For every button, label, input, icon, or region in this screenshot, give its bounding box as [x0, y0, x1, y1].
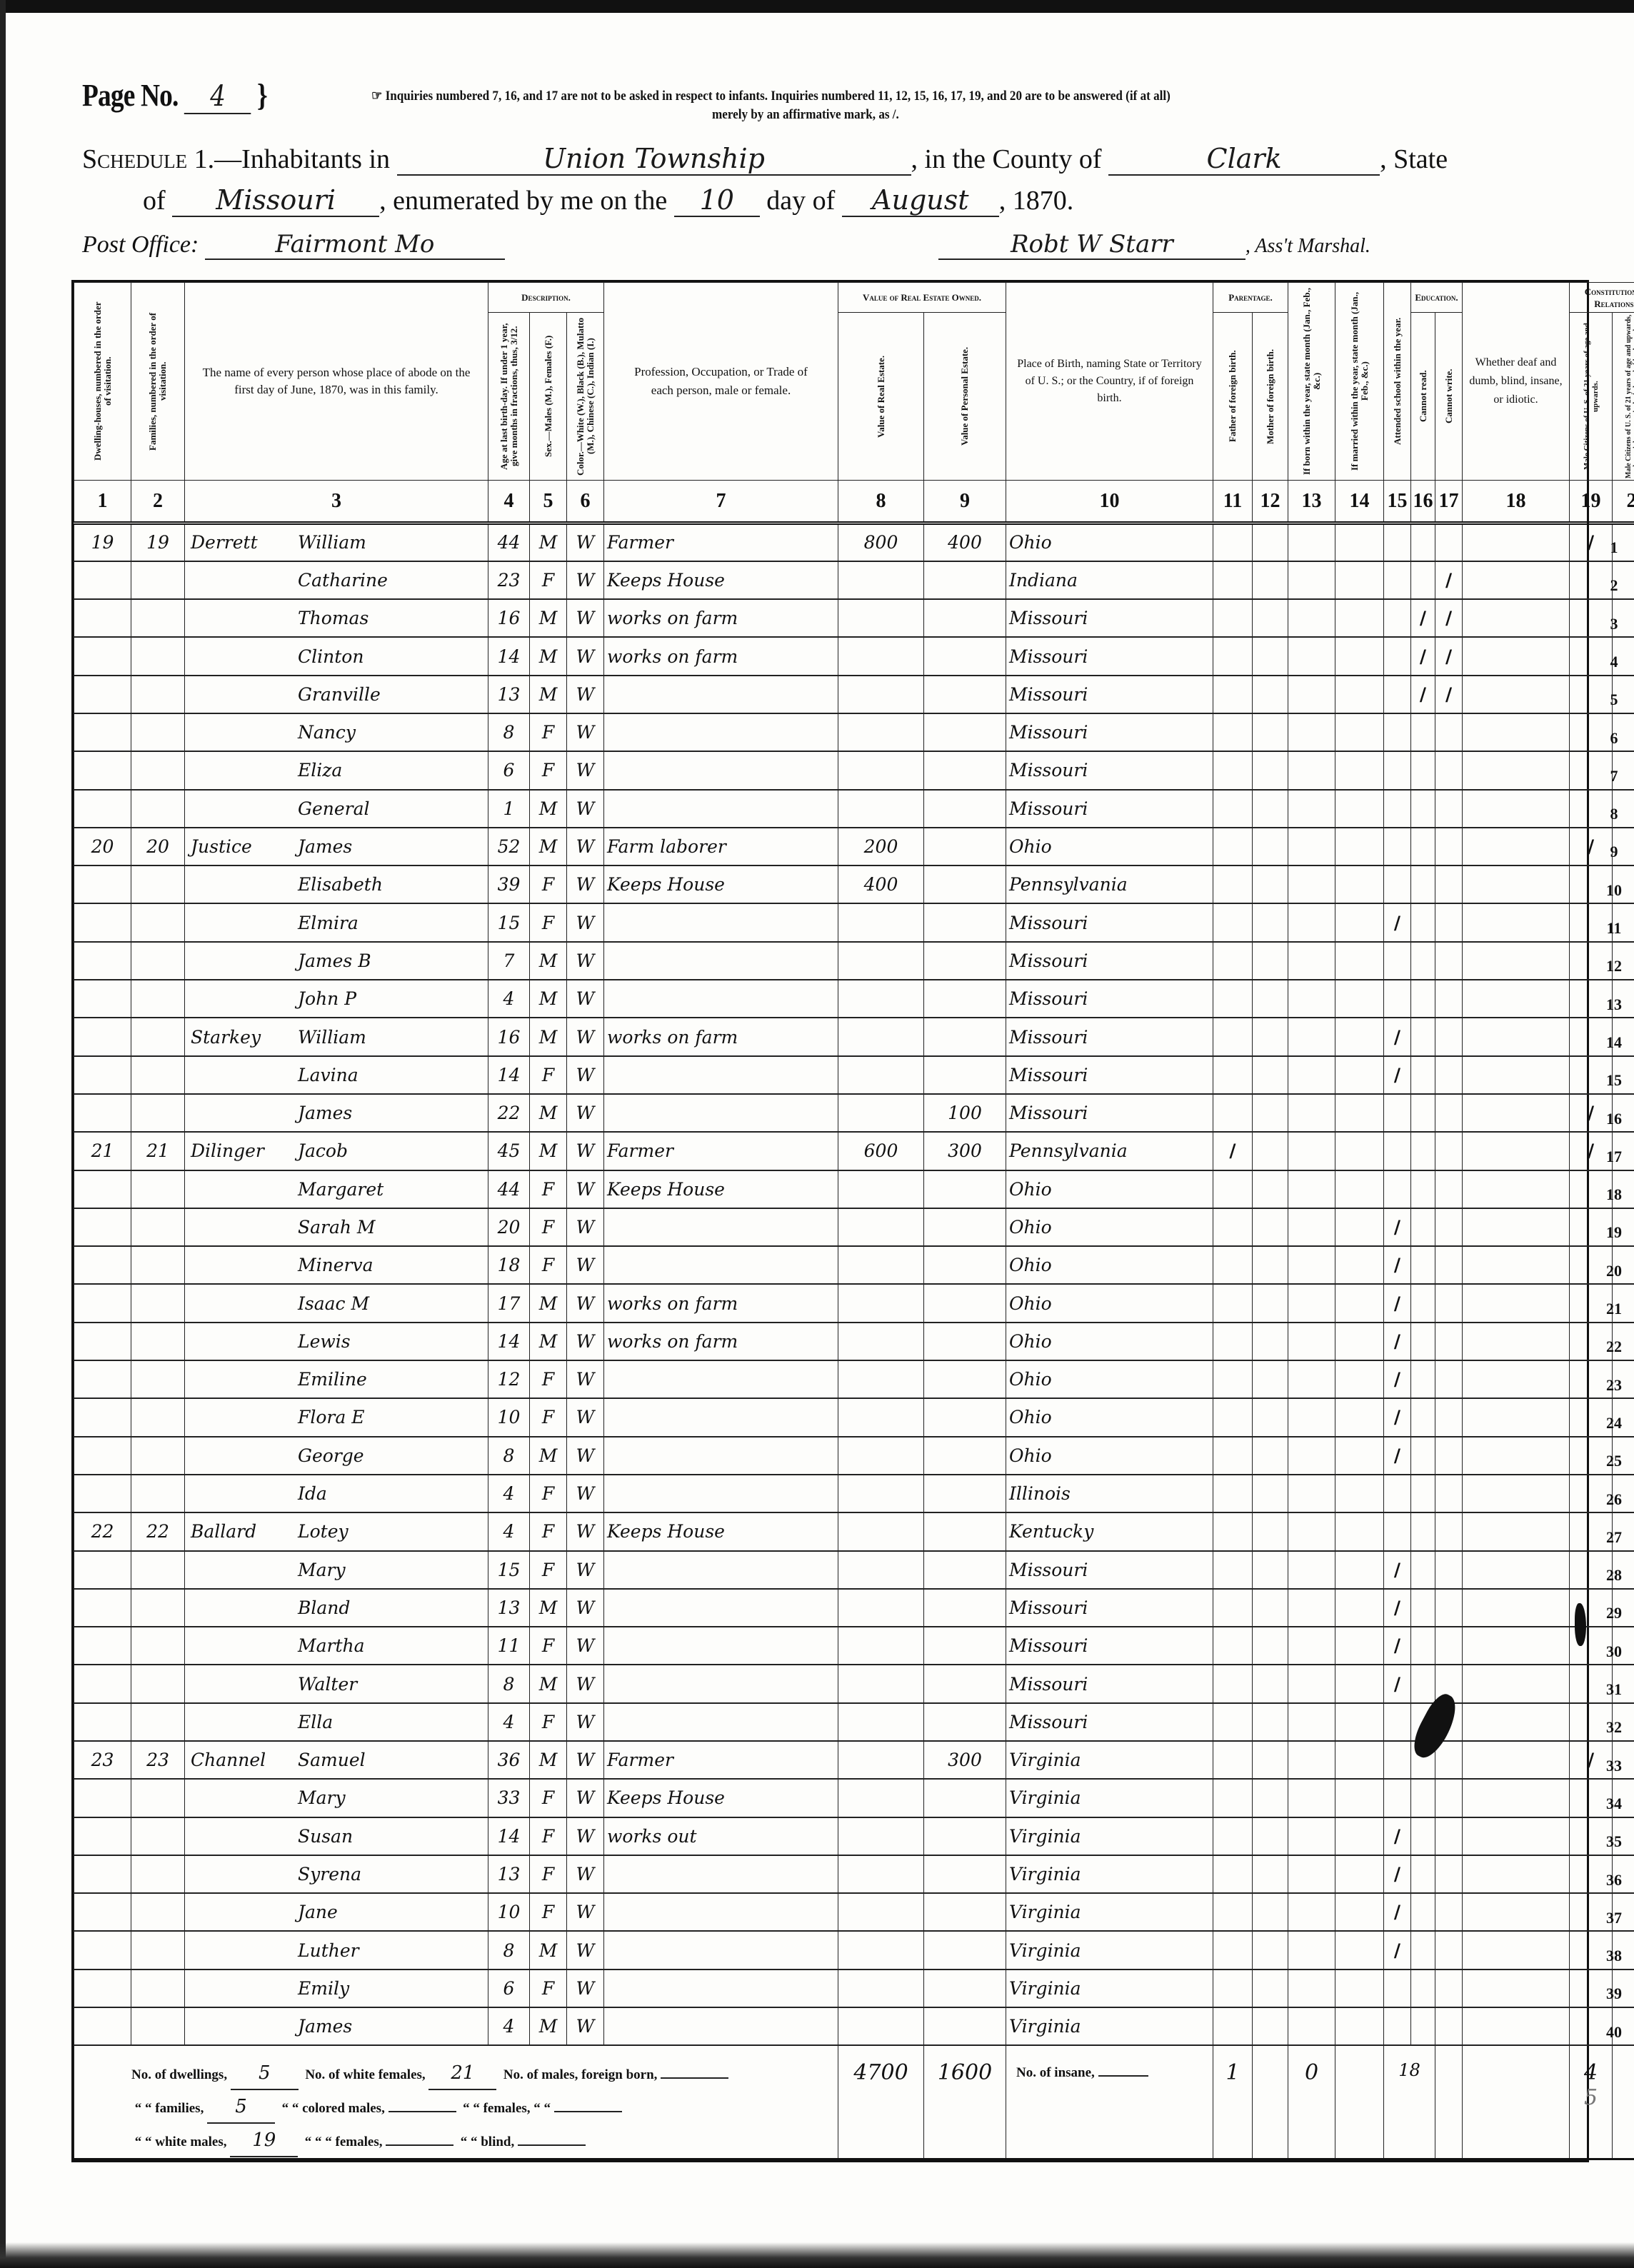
dwelling-number-cell [74, 676, 131, 713]
table-row: George8MWOhio/ [74, 1437, 1634, 1475]
married-within-year-cell [1335, 1284, 1384, 1322]
age-cell: 8 [488, 1437, 530, 1475]
deaf-blind-cell [1463, 1170, 1570, 1208]
color-cell: W [567, 942, 604, 980]
born-within-year-cell [1288, 1398, 1335, 1436]
real-estate-value-cell [838, 980, 924, 1018]
notice-line-1: Inquiries numbered 7, 16, and 17 are not… [386, 89, 1171, 104]
deaf-blind-cell [1463, 1094, 1570, 1132]
table-row: Elisabeth39FWKeeps House400Pennsylvania [74, 865, 1634, 903]
cannot-write-mark-cell [1435, 1475, 1463, 1512]
dwelling-number-cell [74, 1855, 131, 1893]
mother-foreign-mark-cell [1253, 1094, 1288, 1132]
born-within-year-cell [1288, 865, 1335, 903]
col-header-father-foreign: Father of foreign birth. [1213, 313, 1253, 481]
township-field: Union Township [397, 143, 911, 176]
sex-cell: F [530, 561, 567, 599]
family-number-cell [131, 1627, 185, 1665]
col-header-sex: Sex.—Males (M.), Females (F.) [530, 313, 567, 481]
foreign-females-label: “ “ females, “ “ [463, 2101, 551, 2116]
cannot-write-mark-cell [1435, 1208, 1463, 1246]
cannot-read-mark-cell [1411, 1284, 1435, 1322]
real-estate-value-cell: 400 [838, 865, 924, 903]
person-name-cell: Minerva [185, 1246, 488, 1284]
real-estate-value-cell [838, 751, 924, 789]
family-number-cell [131, 1437, 185, 1475]
mother-foreign-mark-cell [1253, 828, 1288, 865]
deaf-blind-cell [1463, 865, 1570, 903]
deaf-blind-cell [1463, 1970, 1570, 2007]
real-estate-value-cell [838, 637, 924, 675]
table-row: Clinton14MWworks on farmMissouri// [74, 637, 1634, 675]
sex-cell: F [530, 903, 567, 941]
cannot-write-mark-cell: / [1435, 561, 1463, 599]
sex-cell: F [530, 1475, 567, 1512]
dwelling-number-cell [74, 865, 131, 903]
colored-males-label: “ “ colored males, [282, 2101, 385, 2116]
sex-cell: F [530, 1056, 567, 1094]
cannot-read-mark-cell [1411, 1323, 1435, 1360]
cannot-write-mark-cell: / [1435, 676, 1463, 713]
person-name-cell: DilingerJacob [185, 1132, 488, 1170]
father-foreign-mark-cell [1213, 942, 1253, 980]
age-cell: 15 [488, 1551, 530, 1589]
age-cell: 15 [488, 903, 530, 941]
col-header-born-within-year: If born within the year, state month (Ja… [1288, 283, 1335, 481]
occupation-cell: Farmer [604, 523, 838, 561]
father-foreign-mark-cell [1213, 1094, 1253, 1132]
mother-foreign-mark-cell [1253, 1360, 1288, 1398]
given-name: Catharine [298, 570, 388, 591]
insane-count [1098, 2075, 1148, 2077]
col-header-color: Color.—White (W.), Black (B.), Mulatto (… [567, 313, 604, 481]
birthplace-cell: Ohio [1006, 1246, 1213, 1284]
age-cell: 16 [488, 599, 530, 637]
birthplace-cell: Missouri [1006, 599, 1213, 637]
dwelling-number-cell [74, 1170, 131, 1208]
mother-foreign-mark-cell [1253, 2007, 1288, 2045]
deaf-blind-cell [1463, 1437, 1570, 1475]
real-estate-value-cell [838, 1703, 924, 1741]
deaf-blind-cell [1463, 903, 1570, 941]
cannot-write-mark-cell [1435, 828, 1463, 865]
given-name: Jane [298, 1902, 338, 1922]
personal-estate-value-cell [924, 2007, 1006, 2045]
color-cell: W [567, 1246, 604, 1284]
sex-cell: F [530, 1817, 567, 1855]
born-within-year-cell [1288, 523, 1335, 561]
birthplace-cell: Virginia [1006, 1893, 1213, 1931]
person-name-cell: George [185, 1437, 488, 1475]
dwelling-number-cell [74, 942, 131, 980]
born-within-year-cell [1288, 1323, 1335, 1360]
attended-school-mark-cell: / [1384, 1817, 1411, 1855]
given-name: Emily [298, 1978, 349, 1999]
given-name: Eliza [298, 760, 342, 781]
real-estate-value-cell [838, 1398, 924, 1436]
table-row: James B7MWMissouri [74, 942, 1634, 980]
occupation-cell [604, 1208, 838, 1246]
sex-cell: M [530, 942, 567, 980]
born-within-year-cell [1288, 1589, 1335, 1627]
table-row: Susan14FWworks outVirginia/ [74, 1817, 1634, 1855]
birthplace-cell: Ohio [1006, 523, 1213, 561]
dwelling-number-cell [74, 1246, 131, 1284]
column-number: 9 [924, 481, 1006, 523]
white-females-label: No. of white females, [305, 2067, 425, 2082]
sex-cell: F [530, 1246, 567, 1284]
given-name: Isaac M [298, 1293, 369, 1314]
born-within-year-cell [1288, 1094, 1335, 1132]
mother-foreign-mark-cell [1253, 1323, 1288, 1360]
deaf-blind-cell [1463, 1627, 1570, 1665]
surname: Ballard [191, 1521, 298, 1542]
age-cell: 17 [488, 1284, 530, 1322]
married-within-year-cell [1335, 1970, 1384, 2007]
birthplace-cell: Missouri [1006, 903, 1213, 941]
real-estate-value-cell [838, 1665, 924, 1702]
attended-school-mark-cell: / [1384, 1931, 1411, 1969]
cannot-write-mark-cell [1435, 1094, 1463, 1132]
personal-estate-value-cell [924, 1931, 1006, 1969]
col-header-dwelling: Dwelling-houses, numbered in the order o… [74, 283, 131, 481]
sex-cell: M [530, 2007, 567, 2045]
born-within-year-cell [1288, 1437, 1335, 1475]
given-name: Syrena [298, 1864, 361, 1885]
occupation-cell: Farm laborer [604, 828, 838, 865]
given-name: Lewis [298, 1331, 351, 1352]
line-number: 14 [1600, 1033, 1628, 1052]
birthplace-cell: Missouri [1006, 1094, 1213, 1132]
dwelling-number-cell [74, 1817, 131, 1855]
mother-foreign-mark-cell [1253, 1551, 1288, 1589]
deaf-blind-cell [1463, 1132, 1570, 1170]
line-number: 27 [1600, 1528, 1628, 1547]
col-header-age: Age at last birth-day. If under 1 year, … [488, 313, 530, 481]
real-estate-value-cell: 600 [838, 1132, 924, 1170]
line-number: 4 [1600, 653, 1628, 671]
born-within-year-cell [1288, 1855, 1335, 1893]
birthplace-cell: Ohio [1006, 1323, 1213, 1360]
post-office-line: Post Office: Fairmont Mo Robt W Starr, A… [82, 230, 1618, 260]
born-within-year-cell [1288, 1208, 1335, 1246]
person-name-cell: Nancy [185, 713, 488, 751]
occupation-cell [604, 790, 838, 828]
married-within-year-cell [1335, 599, 1384, 637]
table-row: 2020JusticeJames52MWFarm laborer200Ohio/ [74, 828, 1634, 865]
cannot-read-mark-cell [1411, 1551, 1435, 1589]
married-within-year-cell [1335, 561, 1384, 599]
born-within-year-cell [1288, 1551, 1335, 1589]
cannot-read-mark-cell: / [1411, 637, 1435, 675]
personal-estate-value-cell [924, 1208, 1006, 1246]
day-field: 10 [674, 184, 760, 217]
mother-foreign-mark-cell [1253, 1246, 1288, 1284]
enumerated-label: , enumerated by me on the [379, 186, 667, 216]
white-males-count: 19 [230, 2124, 298, 2157]
birthplace-cell: Pennsylvania [1006, 865, 1213, 903]
real-estate-value-cell [838, 676, 924, 713]
born-within-year-cell [1288, 1132, 1335, 1170]
total-mother-foreign [1253, 2045, 1288, 2159]
married-within-year-cell [1335, 1893, 1384, 1931]
given-name: William [298, 532, 366, 553]
attended-school-mark-cell [1384, 1132, 1411, 1170]
father-foreign-mark-cell [1213, 1817, 1253, 1855]
color-cell: W [567, 1779, 604, 1817]
family-number-cell [131, 676, 185, 713]
attended-school-mark-cell: / [1384, 1246, 1411, 1284]
married-within-year-cell [1335, 1208, 1384, 1246]
age-cell: 14 [488, 1056, 530, 1094]
father-foreign-mark-cell [1213, 1779, 1253, 1817]
cannot-read-mark-cell [1411, 1094, 1435, 1132]
cannot-write-mark-cell [1435, 1512, 1463, 1550]
attended-school-mark-cell [1384, 942, 1411, 980]
cannot-read-mark-cell [1411, 1779, 1435, 1817]
mother-foreign-mark-cell [1253, 942, 1288, 980]
dwelling-number-cell [74, 1703, 131, 1741]
given-name: Elisabeth [298, 874, 383, 895]
father-foreign-mark-cell [1213, 1323, 1253, 1360]
column-number: 19 [1570, 481, 1613, 523]
personal-estate-value-cell [924, 1551, 1006, 1589]
surname: Channel [191, 1750, 298, 1770]
cannot-read-mark-cell [1411, 2007, 1435, 2045]
occupation-cell [604, 1589, 838, 1627]
column-number: 1 [74, 481, 131, 523]
family-number-cell [131, 561, 185, 599]
cannot-read-mark-cell [1411, 751, 1435, 789]
mother-foreign-mark-cell [1253, 676, 1288, 713]
col-header-family: Families, numbered in the order of visit… [131, 283, 185, 481]
line-number: 40 [1600, 2023, 1628, 2042]
born-within-year-cell [1288, 1284, 1335, 1322]
real-estate-value-cell [838, 1475, 924, 1512]
occupation-cell [604, 751, 838, 789]
mother-foreign-mark-cell [1253, 1132, 1288, 1170]
occupation-cell [604, 1475, 838, 1512]
sex-cell: M [530, 637, 567, 675]
table-row: James4MWVirginia [74, 2007, 1634, 2045]
color-cell: W [567, 828, 604, 865]
sex-cell: F [530, 1703, 567, 1741]
mother-foreign-mark-cell [1253, 637, 1288, 675]
color-cell: W [567, 523, 604, 561]
column-number: 17 [1435, 481, 1463, 523]
surname: Dilinger [191, 1140, 298, 1161]
age-cell: 39 [488, 865, 530, 903]
marshal-signature: Robt W Starr [938, 230, 1245, 260]
given-name: Bland [298, 1597, 350, 1618]
person-name-cell: Emiline [185, 1360, 488, 1398]
line-number: 19 [1600, 1223, 1628, 1242]
married-within-year-cell [1335, 1323, 1384, 1360]
blind-count [518, 2144, 586, 2146]
occupation-cell [604, 676, 838, 713]
age-cell: 23 [488, 561, 530, 599]
enumeration-line: of Missouri, enumerated by me on the 10 … [143, 184, 1571, 217]
personal-estate-value-cell [924, 1284, 1006, 1322]
mother-foreign-mark-cell [1253, 1437, 1288, 1475]
occupation-cell [604, 1094, 838, 1132]
dwelling-number-cell [74, 599, 131, 637]
birthplace-cell: Ohio [1006, 1360, 1213, 1398]
born-within-year-cell [1288, 1512, 1335, 1550]
father-foreign-mark-cell [1213, 1855, 1253, 1893]
total-vote-denied [1613, 2045, 1634, 2159]
line-number: 33 [1600, 1757, 1628, 1775]
color-cell: W [567, 1551, 604, 1589]
real-estate-value-cell [838, 599, 924, 637]
real-estate-value-cell [838, 1589, 924, 1627]
table-row: Bland13MWMissouri/ [74, 1589, 1634, 1627]
surname: Starkey [191, 1027, 298, 1048]
line-number: 37 [1600, 1909, 1628, 1927]
birthplace-cell: Missouri [1006, 1703, 1213, 1741]
col-header-married-within-year: If married within the year, state month … [1335, 283, 1384, 481]
family-number-cell: 20 [131, 828, 185, 865]
cannot-read-mark-cell [1411, 1132, 1435, 1170]
deaf-blind-cell [1463, 523, 1570, 561]
age-cell: 4 [488, 1703, 530, 1741]
summary-row: No. of dwellings, 5 No. of white females… [74, 2045, 1634, 2159]
family-number-cell [131, 1208, 185, 1246]
birthplace-cell: Ohio [1006, 1284, 1213, 1322]
personal-estate-value-cell [924, 942, 1006, 980]
real-estate-value-cell [838, 903, 924, 941]
family-number-cell [131, 942, 185, 980]
person-name-cell: Susan [185, 1817, 488, 1855]
person-name-cell: Ella [185, 1703, 488, 1741]
cannot-write-mark-cell [1435, 1627, 1463, 1665]
cannot-read-mark-cell [1411, 1970, 1435, 2007]
married-within-year-cell [1335, 790, 1384, 828]
cannot-write-mark-cell [1435, 1855, 1463, 1893]
father-foreign-mark-cell [1213, 2007, 1253, 2045]
marshal-label: , Ass't Marshal. [1245, 235, 1370, 257]
married-within-year-cell [1335, 1931, 1384, 1969]
mother-foreign-mark-cell [1253, 1512, 1288, 1550]
father-foreign-mark-cell [1213, 1170, 1253, 1208]
total-born-within-year: 0 [1288, 2045, 1335, 2159]
cannot-read-mark-cell [1411, 713, 1435, 751]
birthplace-cell: Virginia [1006, 1779, 1213, 1817]
father-foreign-mark-cell [1213, 865, 1253, 903]
total-male-citizens: 4 5 [1570, 2045, 1613, 2159]
deaf-blind-cell [1463, 2007, 1570, 2045]
married-within-year-cell [1335, 903, 1384, 941]
dwelling-number-cell [74, 751, 131, 789]
real-estate-value-cell [838, 713, 924, 751]
mother-foreign-mark-cell [1253, 903, 1288, 941]
born-within-year-cell [1288, 1817, 1335, 1855]
col-header-personal-estate: Value of Personal Estate. [924, 313, 1006, 481]
white-males-label: “ “ white males, [135, 2134, 227, 2149]
father-foreign-mark-cell [1213, 980, 1253, 1018]
col-header-deaf-blind: Whether deaf and dumb, blind, insane, or… [1463, 283, 1570, 481]
family-number-cell [131, 1893, 185, 1931]
attended-school-mark-cell [1384, 790, 1411, 828]
married-within-year-cell [1335, 1360, 1384, 1398]
color-cell: W [567, 1855, 604, 1893]
total-married-within-year [1335, 2045, 1384, 2159]
personal-estate-value-cell [924, 1246, 1006, 1284]
father-foreign-mark-cell [1213, 1970, 1253, 2007]
foreign-males-label: No. of males, foreign born, [503, 2067, 658, 2082]
attended-school-mark-cell [1384, 865, 1411, 903]
personal-estate-value-cell [924, 1475, 1006, 1512]
person-name-cell: Syrena [185, 1855, 488, 1893]
dwelling-number-cell [74, 1018, 131, 1055]
table-row: Emiline12FWOhio/ [74, 1360, 1634, 1398]
age-cell: 20 [488, 1208, 530, 1246]
line-number: 13 [1600, 995, 1628, 1014]
personal-estate-value-cell [924, 637, 1006, 675]
line-number: 23 [1600, 1376, 1628, 1395]
color-cell: W [567, 751, 604, 789]
sex-cell: M [530, 980, 567, 1018]
attended-school-mark-cell [1384, 1170, 1411, 1208]
attended-school-mark-cell: / [1384, 1018, 1411, 1055]
father-foreign-mark-cell [1213, 676, 1253, 713]
color-cell: W [567, 1627, 604, 1665]
mother-foreign-mark-cell [1253, 1284, 1288, 1322]
cannot-write-mark-cell [1435, 1893, 1463, 1931]
father-foreign-mark-cell [1213, 1475, 1253, 1512]
blind-label: “ “ blind, [461, 2134, 515, 2149]
real-estate-value-cell [838, 1056, 924, 1094]
dwelling-number-cell [74, 713, 131, 751]
birthplace-cell: Missouri [1006, 942, 1213, 980]
deaf-blind-cell [1463, 1246, 1570, 1284]
occupation-cell [604, 1970, 838, 2007]
married-within-year-cell [1335, 713, 1384, 751]
person-name-cell: Elisabeth [185, 865, 488, 903]
dwelling-number-cell [74, 1475, 131, 1512]
dwelling-number-cell: 22 [74, 1512, 131, 1550]
table-row: Ida4FWIllinois [74, 1475, 1634, 1512]
born-within-year-cell [1288, 1360, 1335, 1398]
col-header-name: The name of every person whose place of … [185, 283, 488, 481]
given-name: Flora E [298, 1407, 364, 1427]
colored-males-count [389, 2111, 456, 2112]
occupation-cell [604, 980, 838, 1018]
personal-estate-value-cell [924, 1056, 1006, 1094]
line-number: 12 [1600, 957, 1628, 975]
column-number: 12 [1253, 481, 1288, 523]
person-name-cell: Elmira [185, 903, 488, 941]
attended-school-mark-cell: / [1384, 1284, 1411, 1322]
cannot-write-mark-cell [1435, 2007, 1463, 2045]
occupation-cell [604, 903, 838, 941]
attended-school-mark-cell [1384, 523, 1411, 561]
born-within-year-cell [1288, 1931, 1335, 1969]
attended-school-mark-cell [1384, 1094, 1411, 1132]
year-label: , 1870. [999, 186, 1074, 216]
born-within-year-cell [1288, 1893, 1335, 1931]
person-name-cell: General [185, 790, 488, 828]
married-within-year-cell [1335, 1475, 1384, 1512]
personal-estate-value-cell [924, 599, 1006, 637]
born-within-year-cell [1288, 1170, 1335, 1208]
real-estate-value-cell [838, 1512, 924, 1550]
father-foreign-mark-cell [1213, 1665, 1253, 1702]
mother-foreign-mark-cell [1253, 523, 1288, 561]
personal-estate-value-cell [924, 1398, 1006, 1436]
attended-school-mark-cell: / [1384, 1437, 1411, 1475]
color-cell: W [567, 1132, 604, 1170]
